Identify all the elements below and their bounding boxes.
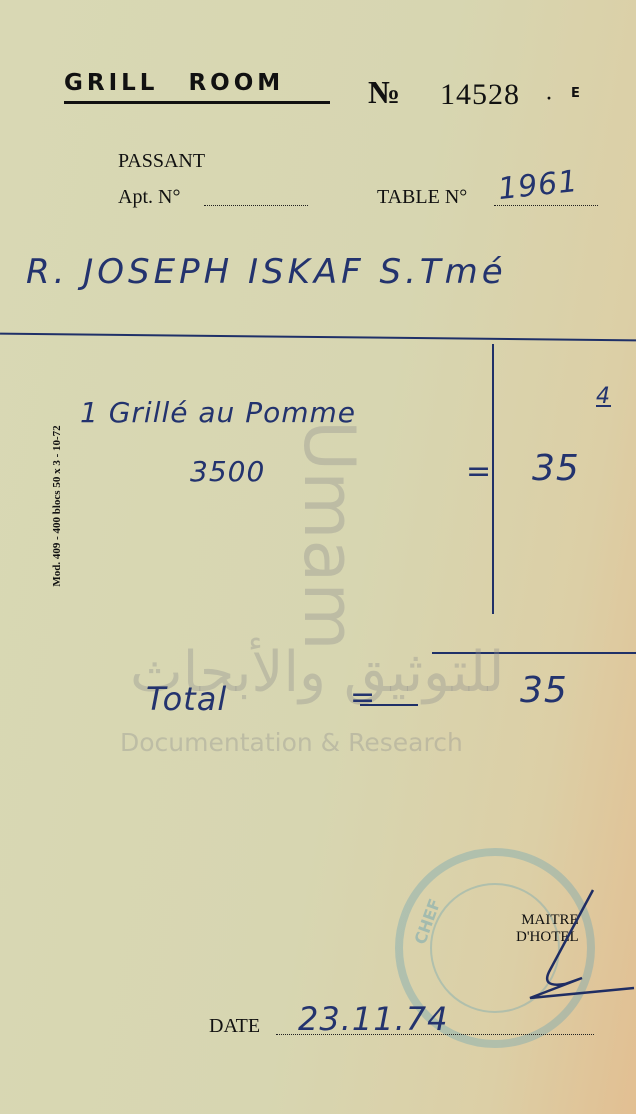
- item-description: 1 Grillé au Pomme: [80, 396, 356, 429]
- total-equals-stroke: [360, 704, 418, 706]
- item-sub-note: 3500: [190, 455, 265, 488]
- apt-field[interactable]: [204, 205, 308, 206]
- customer-name-handwritten: R. JOSEPH ISKAF S.Tmé: [26, 252, 507, 292]
- date-label: DATE: [209, 1015, 260, 1038]
- title-underline: [64, 101, 330, 104]
- total-equals: =: [350, 680, 376, 715]
- signature-scrawl: [510, 880, 636, 1010]
- documentation-watermark: Documentation & Research: [120, 728, 463, 757]
- amount-column-divider: [492, 344, 494, 614]
- total-label: Total: [146, 680, 227, 718]
- series-letter: E: [571, 86, 580, 101]
- separator-dot: ·: [546, 88, 552, 109]
- item-equals-marker: =: [466, 454, 492, 489]
- table-top-rule: [0, 333, 636, 342]
- number-sign: №: [368, 74, 400, 111]
- passant-label: PASSANT: [118, 150, 205, 173]
- print-info: Mod. 409 - 400 blocs 50 x 3 - 10-72: [51, 376, 63, 636]
- receipt-number: 14528: [440, 78, 520, 112]
- table-label: TABLE N°: [377, 186, 467, 209]
- table-number-handwritten: 1961: [496, 164, 580, 207]
- total-amount: 35: [520, 670, 568, 711]
- grill-room-title: GRILL ROOM: [64, 70, 284, 96]
- date-handwritten: 23.11.74: [298, 1000, 449, 1038]
- umam-watermark: Umam: [288, 420, 370, 651]
- apt-label: Apt. N°: [118, 186, 180, 209]
- item-amount: 35: [532, 448, 580, 489]
- item-note: 4: [596, 384, 611, 409]
